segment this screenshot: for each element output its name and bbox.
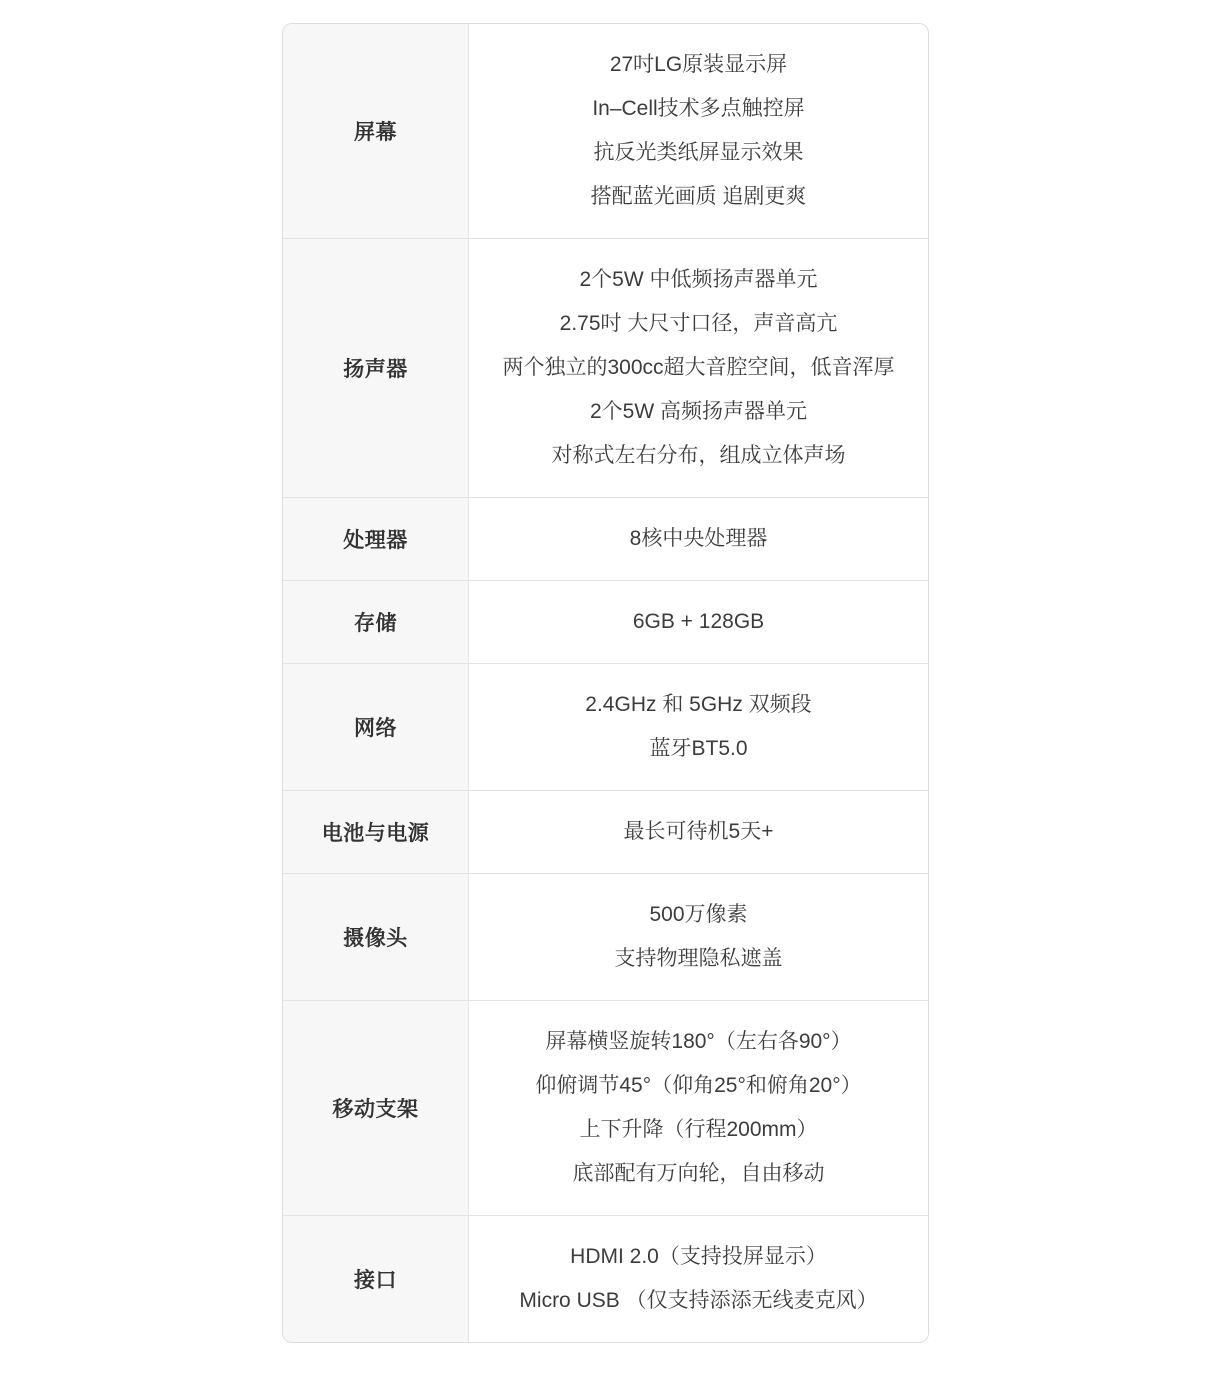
spec-value-line: 2.4GHz 和 5GHz 双频段 — [585, 683, 811, 727]
spec-value-line: In–Cell技术多点触控屏 — [592, 87, 804, 131]
spec-value-line: Micro USB （仅支持添添无线麦克风） — [519, 1279, 877, 1323]
spec-label: 网络 — [283, 664, 469, 790]
spec-row-stand: 移动支架 屏幕横竖旋转180°（左右各90°） 仰俯调节45°（仰角25°和俯角… — [283, 1000, 928, 1215]
spec-row-screen: 屏幕 27吋LG原装显示屏 In–Cell技术多点触控屏 抗反光类纸屏显示效果 … — [283, 24, 928, 238]
spec-label: 存储 — [283, 581, 469, 663]
spec-row-processor: 处理器 8核中央处理器 — [283, 497, 928, 580]
spec-label: 移动支架 — [283, 1001, 469, 1215]
spec-row-storage: 存储 6GB + 128GB — [283, 580, 928, 663]
spec-label: 接口 — [283, 1216, 469, 1342]
spec-value: HDMI 2.0（支持投屏显示） Micro USB （仅支持添添无线麦克风） — [469, 1216, 928, 1342]
spec-value: 2.4GHz 和 5GHz 双频段 蓝牙BT5.0 — [469, 664, 928, 790]
spec-value-line: 上下升降（行程200mm） — [579, 1108, 817, 1152]
spec-value-line: 对称式左右分布，组成立体声场 — [552, 434, 846, 478]
spec-value-line: 蓝牙BT5.0 — [649, 727, 747, 771]
spec-value: 27吋LG原装显示屏 In–Cell技术多点触控屏 抗反光类纸屏显示效果 搭配蓝… — [469, 24, 928, 238]
spec-row-camera: 摄像头 500万像素 支持物理隐私遮盖 — [283, 873, 928, 1000]
spec-row-battery: 电池与电源 最长可待机5天+ — [283, 790, 928, 873]
spec-value-line: 搭配蓝光画质 追剧更爽 — [591, 175, 807, 219]
spec-value-line: 2.75吋 大尺寸口径，声音高亢 — [560, 302, 838, 346]
spec-value-line: 8核中央处理器 — [630, 517, 768, 561]
spec-row-speaker: 扬声器 2个5W 中低频扬声器单元 2.75吋 大尺寸口径，声音高亢 两个独立的… — [283, 238, 928, 497]
spec-label: 屏幕 — [283, 24, 469, 238]
spec-label: 电池与电源 — [283, 791, 469, 873]
spec-value: 8核中央处理器 — [469, 498, 928, 580]
spec-value-line: 支持物理隐私遮盖 — [615, 937, 783, 981]
spec-row-ports: 接口 HDMI 2.0（支持投屏显示） Micro USB （仅支持添添无线麦克… — [283, 1215, 928, 1342]
spec-value-line: 两个独立的300cc超大音腔空间，低音浑厚 — [502, 346, 894, 390]
spec-value-line: 500万像素 — [649, 893, 747, 937]
spec-value-line: 2个5W 中低频扬声器单元 — [579, 258, 817, 302]
spec-value-line: 最长可待机5天+ — [624, 810, 774, 854]
spec-value: 最长可待机5天+ — [469, 791, 928, 873]
spec-label: 摄像头 — [283, 874, 469, 1000]
spec-value-line: 27吋LG原装显示屏 — [610, 43, 787, 87]
spec-value-line: 屏幕横竖旋转180°（左右各90°） — [545, 1020, 851, 1064]
spec-table: 屏幕 27吋LG原装显示屏 In–Cell技术多点触控屏 抗反光类纸屏显示效果 … — [282, 23, 929, 1343]
spec-value-line: 6GB + 128GB — [633, 600, 764, 644]
spec-label: 处理器 — [283, 498, 469, 580]
spec-value-line: 底部配有万向轮，自由移动 — [573, 1152, 825, 1196]
spec-value: 2个5W 中低频扬声器单元 2.75吋 大尺寸口径，声音高亢 两个独立的300c… — [469, 239, 928, 497]
spec-value-line: HDMI 2.0（支持投屏显示） — [570, 1235, 827, 1279]
spec-row-network: 网络 2.4GHz 和 5GHz 双频段 蓝牙BT5.0 — [283, 663, 928, 790]
spec-value: 500万像素 支持物理隐私遮盖 — [469, 874, 928, 1000]
spec-value-line: 抗反光类纸屏显示效果 — [594, 131, 804, 175]
spec-label: 扬声器 — [283, 239, 469, 497]
spec-value-line: 2个5W 高频扬声器单元 — [590, 390, 807, 434]
spec-value: 6GB + 128GB — [469, 581, 928, 663]
spec-value-line: 仰俯调节45°（仰角25°和俯角20°） — [535, 1064, 861, 1108]
spec-value: 屏幕横竖旋转180°（左右各90°） 仰俯调节45°（仰角25°和俯角20°） … — [469, 1001, 928, 1215]
